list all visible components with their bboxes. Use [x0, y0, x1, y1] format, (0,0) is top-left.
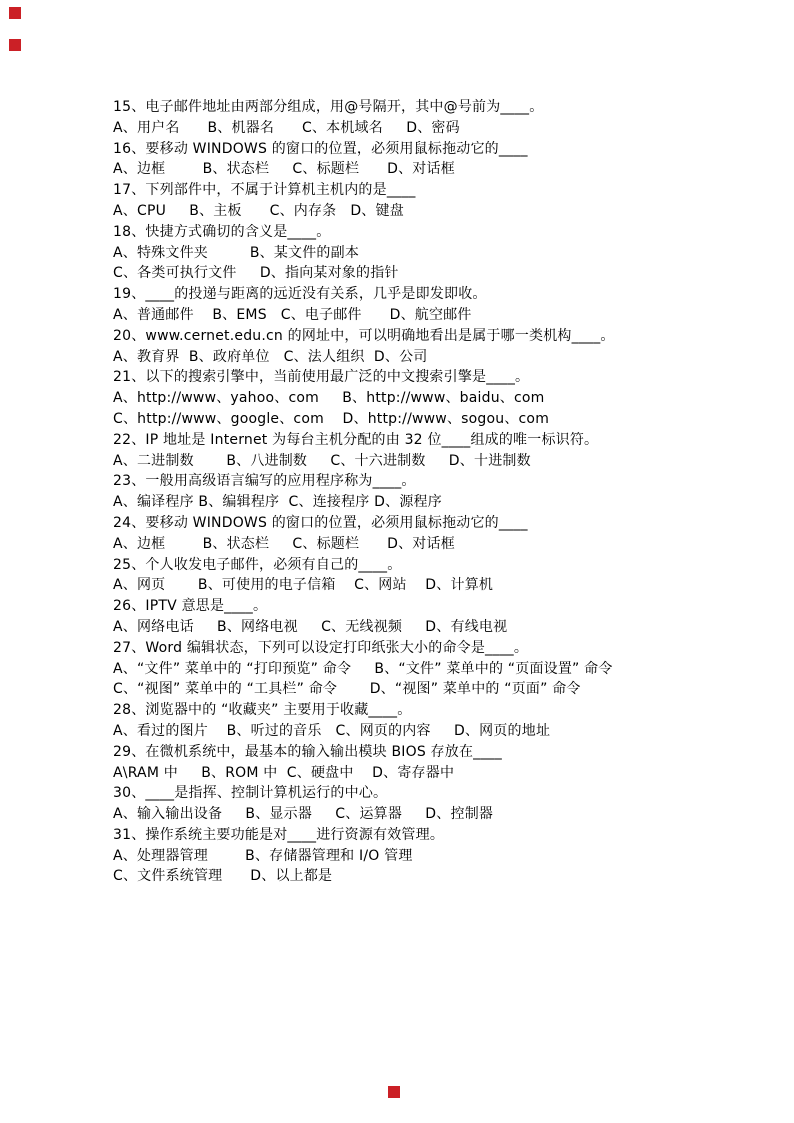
options-line: C、“视图” 菜单中的 “工具栏” 命令 D、“视图” 菜单中的 “页面” 命令 [113, 679, 753, 700]
options-line: A、网络电话 B、网络电视 C、无线视频 D、有线电视 [113, 617, 753, 638]
red-marker-top-2 [9, 39, 21, 51]
options-line: A、网页 B、可使用的电子信箱 C、网站 D、计算机 [113, 575, 753, 596]
options-line: A、用户名 B、机器名 C、本机域名 D、密码 [113, 118, 753, 139]
question-line: 20、www.cernet.edu.cn 的网址中，可以明确地看出是属于哪一类机… [113, 326, 753, 347]
page: 15、电子邮件地址由两部分组成，用@号隔开，其中@号前为____。A、用户名 B… [0, 0, 794, 1123]
options-line: A、边框 B、状态栏 C、标题栏 D、对话框 [113, 159, 753, 180]
options-line: C、各类可执行文件 D、指向某对象的指针 [113, 263, 753, 284]
options-line: A、教育界 B、政府单位 C、法人组织 D、公司 [113, 347, 753, 368]
options-line: A、特殊文件夹 B、某文件的副本 [113, 243, 753, 264]
question-line: 29、在微机系统中，最基本的输入输出模块 BIOS 存放在____ [113, 742, 753, 763]
options-line: A、编译程序 B、编辑程序 C、连接程序 D、源程序 [113, 492, 753, 513]
options-line: A、看过的图片 B、听过的音乐 C、网页的内容 D、网页的地址 [113, 721, 753, 742]
question-line: 26、IPTV 意思是____。 [113, 596, 753, 617]
question-line: 27、Word 编辑状态，下列可以设定打印纸张大小的命令是____。 [113, 638, 753, 659]
question-line: 15、电子邮件地址由两部分组成，用@号隔开，其中@号前为____。 [113, 97, 753, 118]
options-line: A、边框 B、状态栏 C、标题栏 D、对话框 [113, 534, 753, 555]
question-line: 21、以下的搜索引擎中，当前使用最广泛的中文搜索引擎是____。 [113, 367, 753, 388]
question-line: 17、下列部件中，不属于计算机主机内的是____ [113, 180, 753, 201]
question-line: 28、浏览器中的 “收藏夹” 主要用于收藏____。 [113, 700, 753, 721]
options-line: A、CPU B、主板 C、内存条 D、键盘 [113, 201, 753, 222]
options-line: A、“文件” 菜单中的 “打印预览” 命令 B、“文件” 菜单中的 “页面设置”… [113, 659, 753, 680]
question-line: 30、____是指挥、控制计算机运行的中心。 [113, 783, 753, 804]
question-line: 19、____的投递与距离的远近没有关系，几乎是即发即收。 [113, 284, 753, 305]
question-line: 16、要移动 WINDOWS 的窗口的位置，必须用鼠标拖动它的____ [113, 139, 753, 160]
options-line: A、二进制数 B、八进制数 C、十六进制数 D、十进制数 [113, 451, 753, 472]
question-line: 25、个人收发电子邮件，必须有自己的____。 [113, 555, 753, 576]
question-line: 18、快捷方式确切的含义是____。 [113, 222, 753, 243]
options-line: A、普通邮件 B、EMS C、电子邮件 D、航空邮件 [113, 305, 753, 326]
red-marker-bottom [388, 1086, 400, 1098]
options-line: A、http://www、yahoo、com B、http://www、baid… [113, 388, 753, 409]
question-line: 24、要移动 WINDOWS 的窗口的位置，必须用鼠标拖动它的____ [113, 513, 753, 534]
question-line: 22、IP 地址是 Internet 为每台主机分配的由 32 位____组成的… [113, 430, 753, 451]
question-line: 23、一般用高级语言编写的应用程序称为____。 [113, 471, 753, 492]
options-line: A、处理器管理 B、存储器管理和 I/O 管理 [113, 846, 753, 867]
options-line: A\RAM 中 B、ROM 中 C、硬盘中 D、寄存器中 [113, 763, 753, 784]
question-line: 31、操作系统主要功能是对____进行资源有效管理。 [113, 825, 753, 846]
options-line: C、http://www、google、com D、http://www、sog… [113, 409, 753, 430]
document-text: 15、电子邮件地址由两部分组成，用@号隔开，其中@号前为____。A、用户名 B… [113, 97, 753, 887]
options-line: C、文件系统管理 D、以上都是 [113, 866, 753, 887]
options-line: A、输入输出设备 B、显示器 C、运算器 D、控制器 [113, 804, 753, 825]
red-marker-top-1 [9, 7, 21, 19]
